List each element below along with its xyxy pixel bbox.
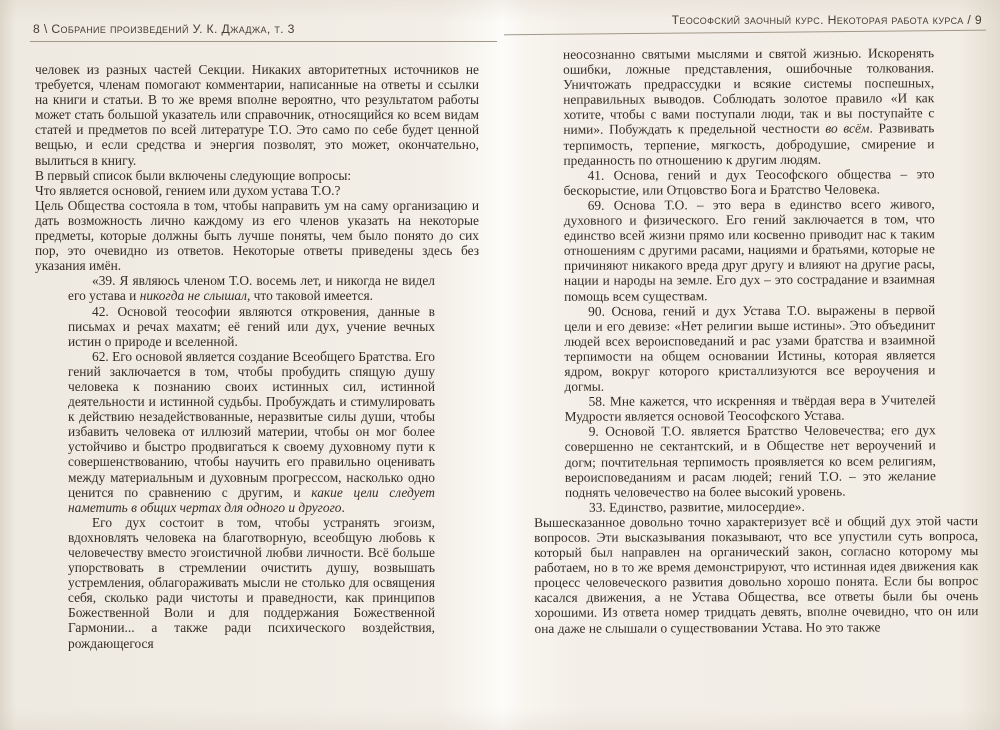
page-body-right: неосознанно святыми мыслями и святой жиз… [532, 45, 979, 636]
body-paragraph: человек из разных частей Секции. Никаких… [35, 62, 479, 168]
text-run: Цель Общества состояла в том, чтобы напр… [35, 198, 479, 273]
quote-answer-9: 9. Основой Т.О. является Братство Челове… [565, 423, 936, 500]
question-line: Что является основой, гением или духом у… [35, 183, 479, 198]
quote-answer-62-continued: Его дух состоит в том, чтобы устранять э… [68, 515, 435, 651]
text-run: . [342, 500, 345, 515]
header-rule-right [504, 30, 986, 36]
text-run: 69. Основа Т.О. – это вера в единство вс… [564, 196, 935, 303]
text-run: Его дух состоит в том, чтобы устранять э… [68, 515, 435, 651]
running-header-right: Теософский заочный курс. Некоторая работ… [520, 13, 982, 27]
body-paragraph: В первый список были включены следующие … [35, 168, 479, 183]
text-run: Что является основой, гением или духом у… [35, 183, 340, 198]
quote-answer-41: 41. Основа, гений и дух Теософского обще… [564, 166, 935, 198]
text-run: В первый список были включены следующие … [35, 168, 351, 183]
quote-answer-39: «39. Я являюсь членом Т.О. восемь лет, и… [68, 273, 435, 303]
text-run: 62. Его основой является создание Всеобщ… [68, 349, 435, 500]
quote-answer-42: 42. Основой теософии являются откровения… [68, 304, 435, 349]
quote-answer-69: 69. Основа Т.О. – это вера в единство вс… [564, 196, 935, 303]
running-header-left: 8 \ Собрание произведений У. К. Джаджа, … [33, 22, 295, 36]
text-run: 90. Основа, гений и дух Устава Т.О. выра… [564, 302, 935, 394]
quote-answer-62: 62. Его основой является создание Всеобщ… [68, 349, 435, 515]
quote-continuation: неосознанно святыми мыслями и святой жиз… [563, 45, 935, 167]
italic-text-run: во всём [825, 121, 869, 136]
body-paragraph: Вышесказанное довольно точно характеризу… [534, 513, 979, 636]
body-paragraph: Цель Общества состояла в том, чтобы напр… [35, 198, 479, 273]
text-run: Вышесказанное довольно точно характеризу… [534, 513, 978, 636]
page-body-left: человек из разных частей Секции. Никаких… [35, 62, 479, 651]
book-spread: 8 \ Собрание произведений У. К. Джаджа, … [0, 0, 1000, 730]
text-run: 33. Единство, развитие, милосердие». [589, 499, 805, 515]
text-run: 9. Основой Т.О. является Братство Челове… [565, 423, 936, 500]
quote-answer-58: 58. Мне кажется, что искренняя и твёрдая… [565, 392, 936, 424]
text-run: 58. Мне кажется, что искренняя и твёрдая… [565, 392, 936, 424]
text-run: 41. Основа, гений и дух Теософского обще… [564, 166, 935, 198]
text-run: человек из разных частей Секции. Никаких… [35, 62, 479, 168]
text-run: 42. Основой теософии являются откровения… [68, 304, 435, 349]
quote-answer-33: 33. Единство, развитие, милосердие». [565, 498, 936, 515]
italic-text-run: никогда не слышал [140, 288, 247, 303]
quote-answer-90: 90. Основа, гений и дух Устава Т.О. выра… [564, 302, 935, 394]
text-run: , что таковой имеется. [247, 288, 373, 303]
header-rule-left [30, 41, 497, 42]
